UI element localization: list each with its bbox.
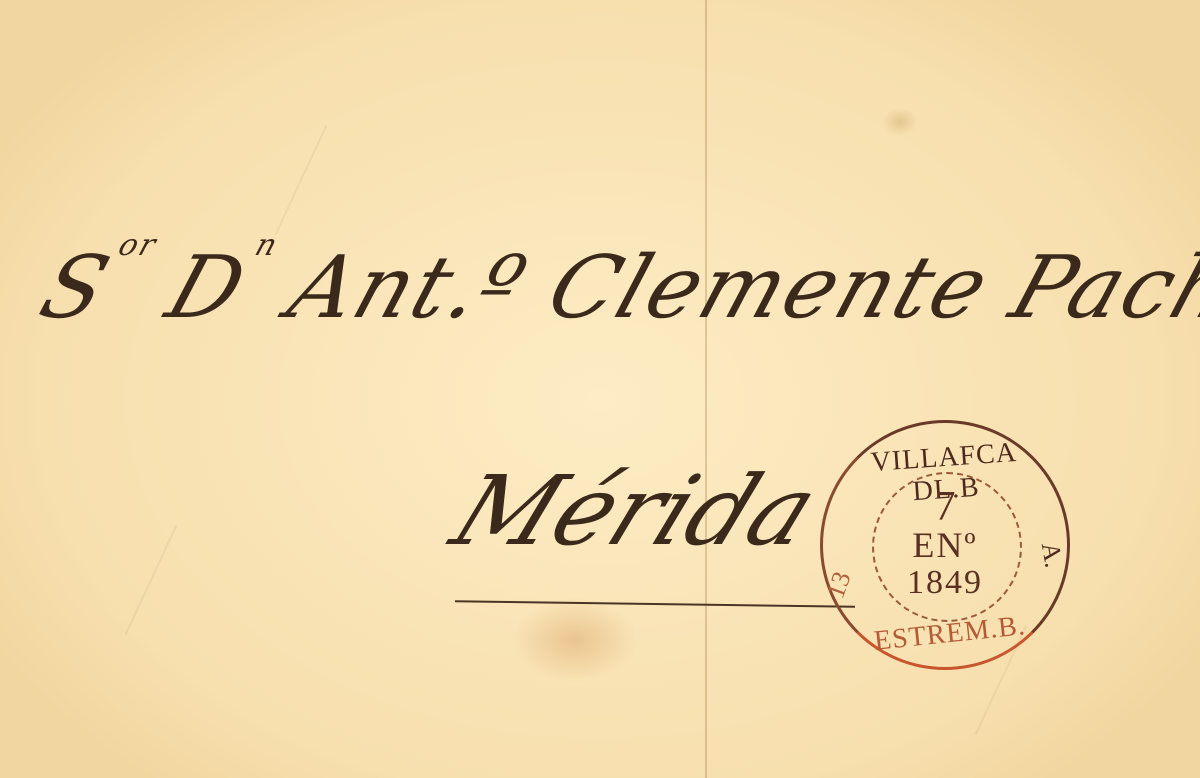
honorific-senor-sup: or	[114, 228, 162, 263]
honorific-senor: S	[29, 238, 122, 338]
paper-streak	[275, 125, 328, 235]
honorific-don-sup: n	[251, 228, 284, 263]
postmark-year: 1849	[820, 564, 1070, 602]
paper-streak	[125, 525, 178, 635]
paper-fold-line	[705, 0, 707, 778]
addressee-line: Sor Dn Ant.º Clemente Pacheco	[29, 238, 1200, 338]
postmark-stamp: VILLAFCA DL.B 13 A. 7 ENº 1849 ESTREM.B.	[820, 420, 1070, 670]
addressee-name: Ant.º Clemente Pacheco	[277, 238, 1200, 338]
destination-underline	[455, 600, 855, 607]
destination-city: Mérida	[437, 455, 833, 567]
postmark-date: 7 ENº 1849	[820, 488, 1070, 602]
postmark-day: 7	[820, 488, 1070, 526]
postmark-month: ENº	[820, 526, 1070, 564]
honorific-don: D	[155, 238, 258, 338]
